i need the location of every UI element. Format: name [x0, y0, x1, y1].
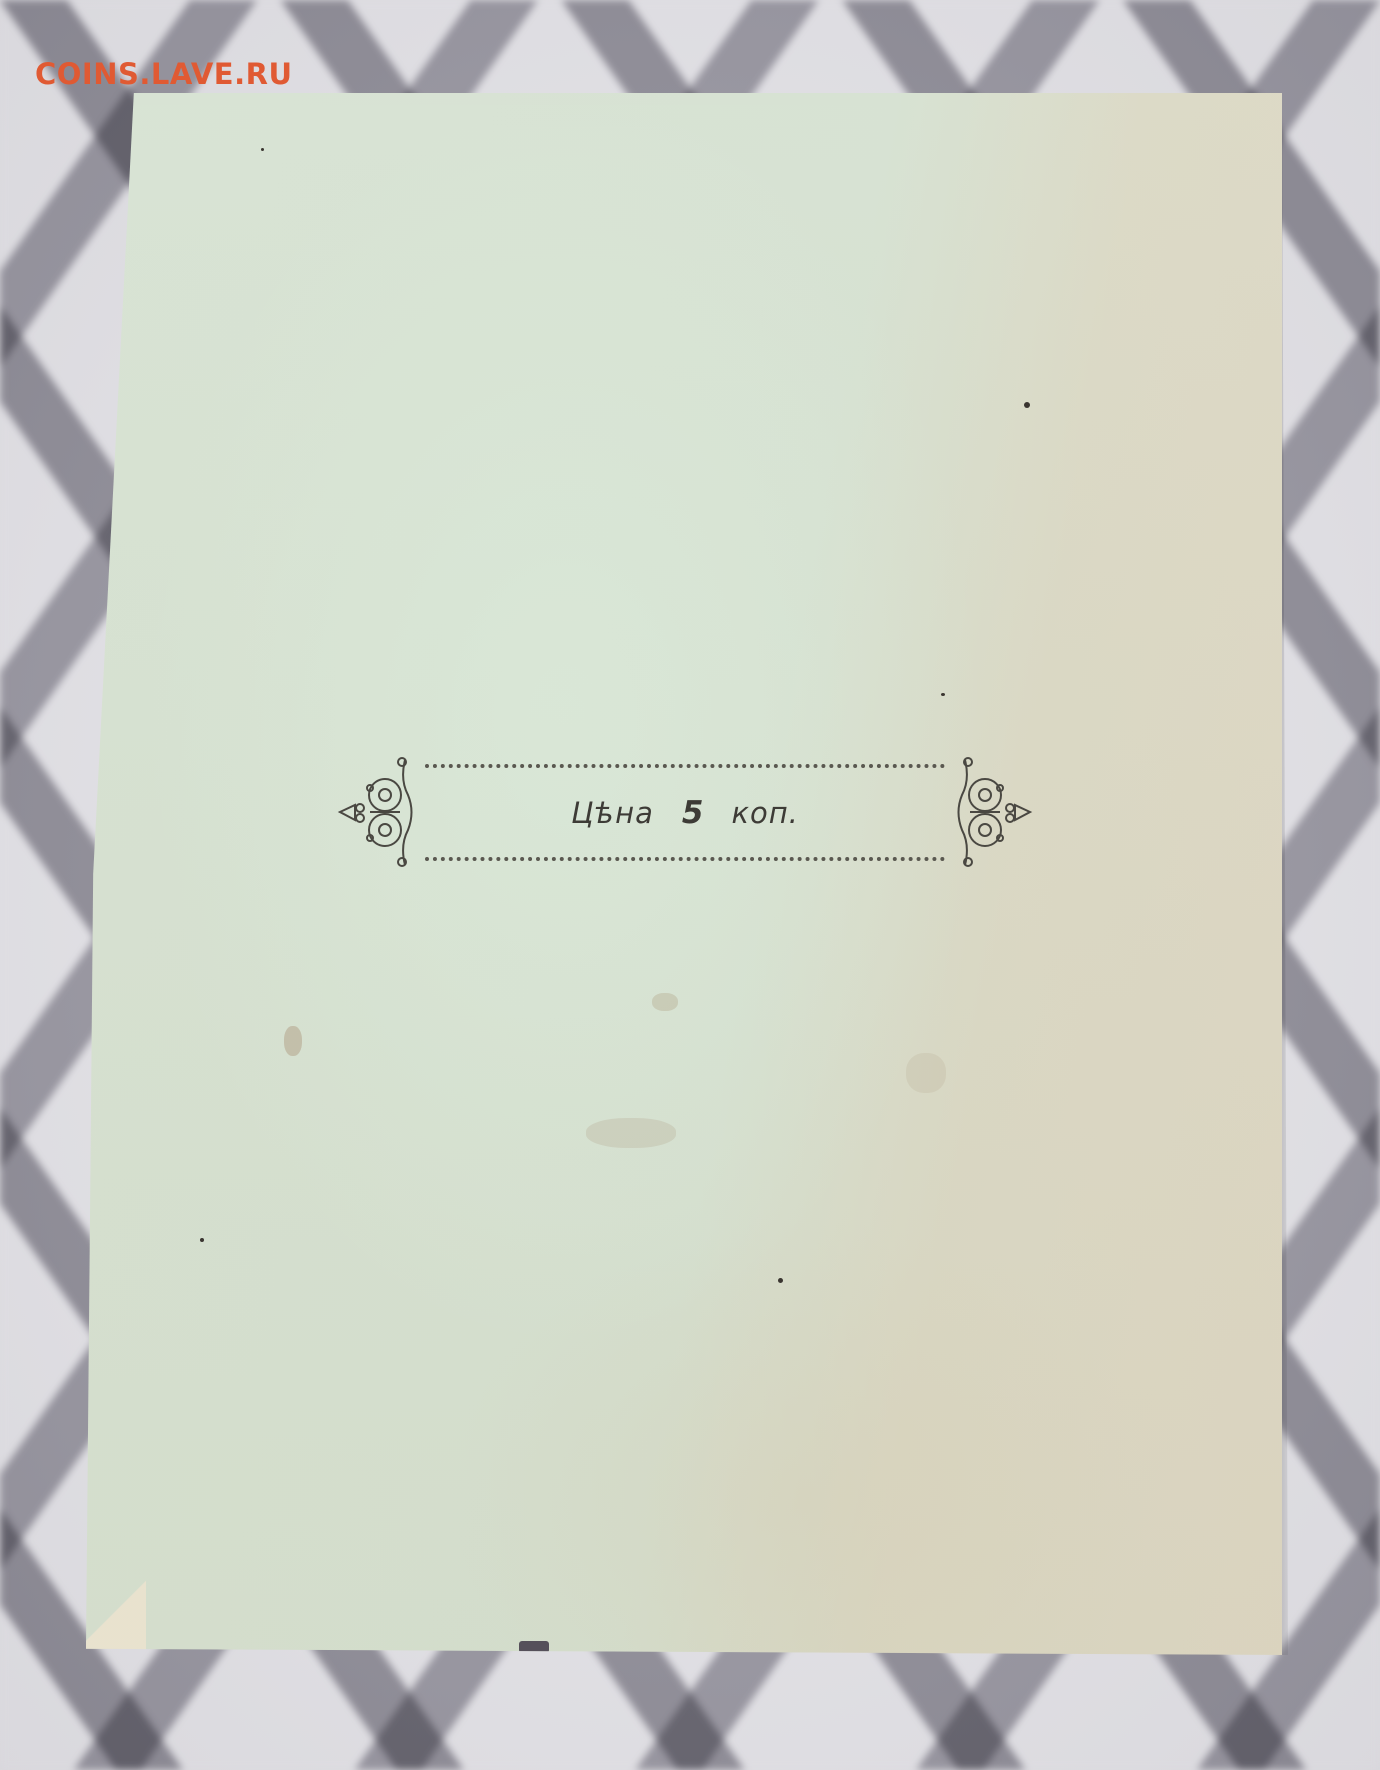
- price-amount: 5: [682, 795, 704, 831]
- watermark: COINS.LAVE.RU: [35, 57, 293, 91]
- speck: [778, 1278, 783, 1283]
- price-frame: Цѣна 5 коп.: [330, 750, 1040, 875]
- speck: [1024, 402, 1030, 408]
- stain: [906, 1053, 946, 1093]
- speck: [941, 693, 945, 696]
- speck: [200, 1238, 204, 1242]
- speck: [261, 148, 264, 151]
- ornament-left-icon: [330, 750, 430, 875]
- stain: [586, 1118, 676, 1148]
- ornament-right-icon: [940, 750, 1040, 875]
- price-unit: коп.: [731, 796, 798, 830]
- price-word: Цѣна: [571, 796, 654, 830]
- price-label: Цѣна 5 коп.: [571, 795, 799, 831]
- stain: [284, 1026, 302, 1056]
- stain: [652, 993, 678, 1011]
- price-box: Цѣна 5 коп.: [425, 764, 945, 861]
